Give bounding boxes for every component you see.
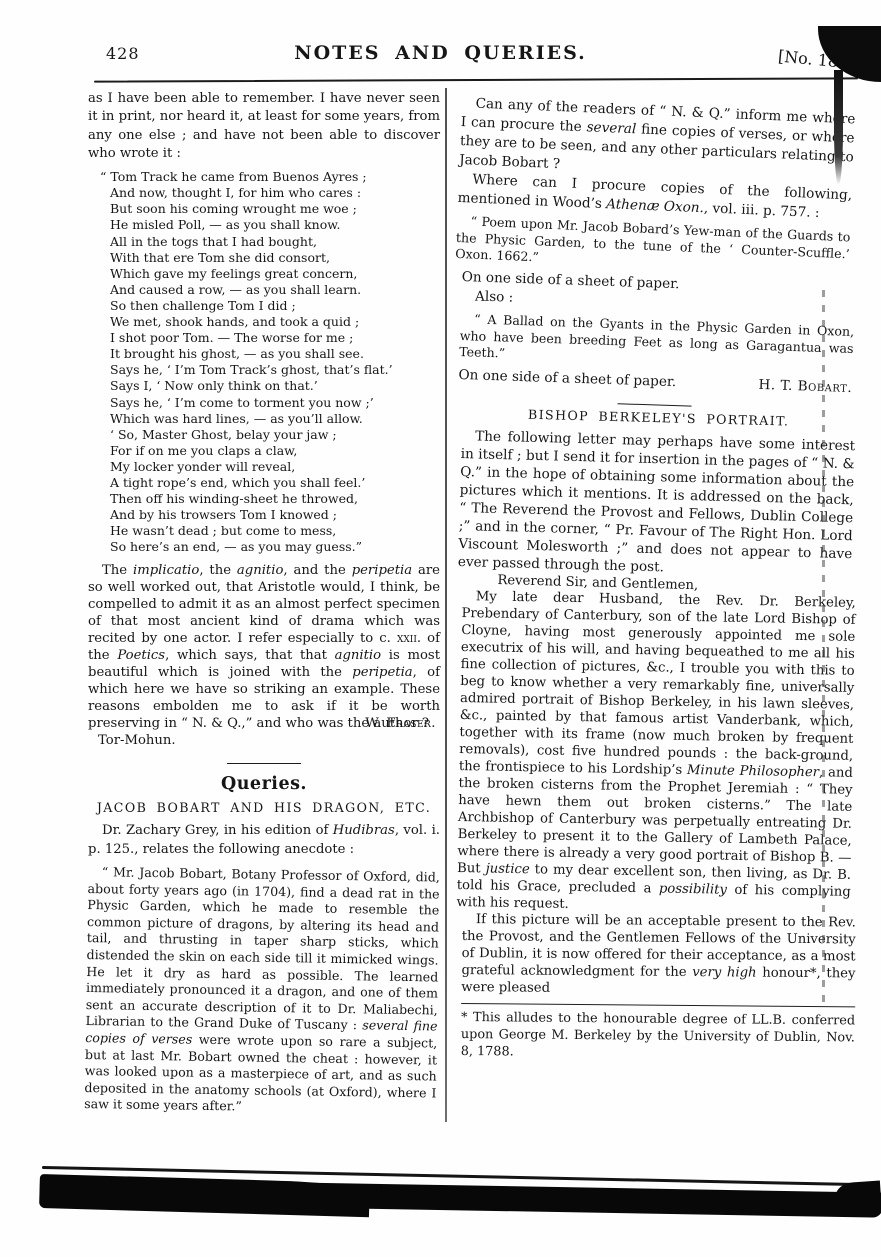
letter-paragraph-2: If this picture will be an acceptable pr… (461, 911, 856, 999)
bobart-intro-paragraph: Dr. Zachary Grey, in his edition of Hudi… (88, 822, 440, 859)
ballad-block: On one side of a sheet of paper. Also : … (458, 268, 856, 412)
footnote-rule (461, 1003, 855, 1007)
bobart-anecdote-quote: “ Mr. Jacob Bobart, Botany Professor of … (84, 864, 440, 1118)
scan-edge-speckle (822, 290, 825, 1010)
query-block: Can any of the readers of “ N. & Q.” inf… (455, 94, 856, 284)
section-divider-2 (618, 403, 692, 406)
scan-edge-shadow-top (834, 70, 843, 185)
section-divider (227, 763, 301, 764)
footnote-text: * This alludes to the honourable degree … (461, 1009, 855, 1063)
location-tor-mohun: Tor-Mohun. (88, 732, 440, 750)
scan-bottom-corner-right (835, 1180, 881, 1215)
portrait-intro-paragraph: The following letter may perhaps have so… (458, 427, 856, 581)
scan-bottom-band (40, 1178, 881, 1218)
queries-heading: Queries. (88, 774, 440, 794)
scanned-page: 428 NOTES AND QUERIES. [No. 183. as I ha… (0, 0, 881, 1257)
commentary-paragraph: The implicatio, the agnitio, and the per… (88, 562, 440, 732)
page-curl-top-right (818, 26, 881, 82)
letter-paragraph-1: My late dear Husband, the Rev. Dr. Berke… (456, 588, 856, 918)
journal-title: NOTES AND QUERIES. (0, 42, 881, 64)
letter-body-block: My late dear Husband, the Rev. Dr. Berke… (456, 588, 856, 918)
column-divider (445, 88, 447, 1122)
letter-end-block: If this picture will be an acceptable pr… (461, 911, 856, 1063)
poem-tom-track: “ Tom Track he came from Buenos Ayres ;A… (110, 169, 440, 555)
article-heading-bobart: JACOB BOBART AND HIS DRAGON, ETC. (88, 800, 440, 815)
left-column: as I have been able to remember. I have … (88, 90, 440, 1113)
intro-paragraph: as I have been able to remember. I have … (88, 90, 440, 163)
portrait-heading-block: BISHOP BERKELEY'S PORTRAIT. The followin… (457, 405, 856, 598)
header-rule (94, 77, 858, 82)
signature-bobart: H. T. Bobart. (758, 375, 852, 397)
right-column: Can any of the readers of “ N. & Q.” inf… (462, 94, 856, 1060)
